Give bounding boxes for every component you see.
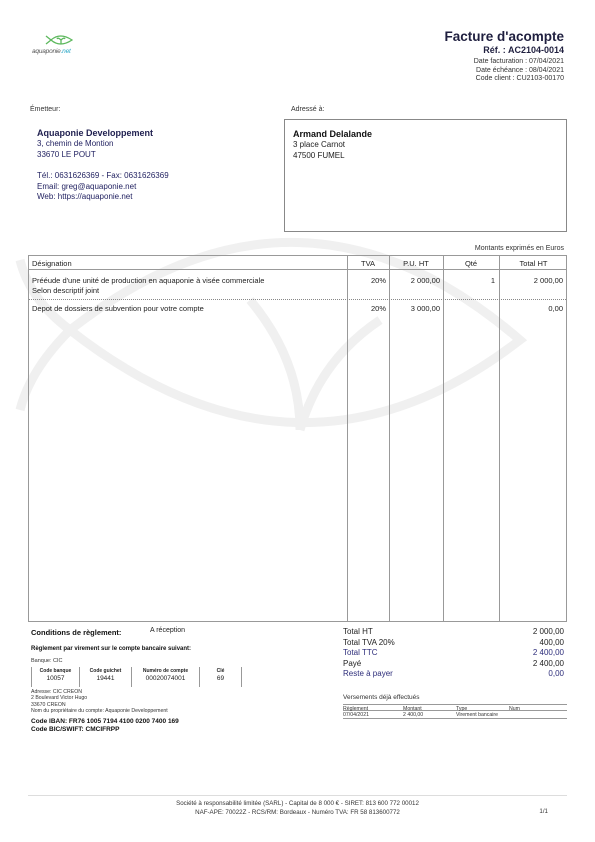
paid-row: Payé2 400,00: [343, 659, 564, 670]
item-tva: 20%: [371, 304, 386, 314]
bic: Code BIC/SWIFT: CMCIFRPP: [31, 726, 179, 734]
iban: Code IBAN: FR76 1005 7194 4100 0200 7400…: [31, 718, 179, 726]
totals-block: Total HT2 000,00 Total TVA 20%400,00 Tot…: [343, 627, 564, 680]
item-designation: Prééude d'une unité de production en aqu…: [32, 276, 264, 286]
item-designation: Depot de dossiers de subvention pour vot…: [32, 304, 204, 314]
col-pu-ht: P.U. HT: [389, 259, 443, 268]
due-date: Date échéance : 08/04/2021: [445, 67, 565, 76]
payment-row: 07/04/2021 2 400,00 Virement bancaire: [343, 711, 567, 719]
col-total-ht: Total HT: [499, 259, 568, 268]
iban-block: Code IBAN: FR76 1005 7194 4100 0200 7400…: [31, 718, 179, 734]
account-number: Numéro de compte00020074001: [131, 667, 199, 687]
payments-done-table: Règlement Montant Type Num 07/04/2021 2 …: [343, 704, 567, 719]
currency-note: Montants exprimés en Euros: [475, 245, 564, 252]
items-table: Désignation TVA P.U. HT Qté Total HT Pré…: [28, 255, 567, 622]
item-total-ht: 0,00: [548, 304, 563, 314]
bank-name: Banque: CIC: [31, 658, 63, 664]
col-tva: TVA: [347, 259, 389, 268]
emitter-address-1: 3, chemin de Montion: [37, 139, 277, 150]
item-total-ht: 2 000,00: [534, 276, 563, 286]
payment-conditions-value: A réception: [150, 627, 185, 634]
item-pu-ht: 2 000,00: [411, 276, 440, 286]
client-code: Code client : CU2103-00170: [445, 75, 565, 84]
footer: Société à responsabilité limitée (SARL) …: [0, 800, 595, 817]
emitter-phone: Tél.: 0631626369 - Fax: 0631626369: [37, 171, 277, 182]
invoice-ref: Réf. : AC2104-0014: [445, 44, 565, 56]
remaining-row: Reste à payer0,00: [343, 669, 564, 680]
recipient-name: Armand Delalande: [293, 129, 372, 140]
logo-wordmark: aquaponie.net: [32, 48, 71, 55]
payments-header: Règlement Montant Type Num: [343, 704, 567, 711]
bank-address: Adresse: CIC CREON 2 Boulevard Victor Hu…: [31, 689, 168, 714]
emitter-web[interactable]: Web: https://aquaponie.net: [37, 192, 277, 203]
fish-sprout-icon: [44, 32, 74, 48]
item-tva: 20%: [371, 276, 386, 286]
emitter-email[interactable]: Email: greg@aquaponie.net: [37, 182, 277, 193]
bank-code: Code banque10057: [31, 667, 79, 687]
total-tva-row: Total TVA 20%400,00: [343, 638, 564, 649]
total-ht-row: Total HT2 000,00: [343, 627, 564, 638]
payments-done-title: Versements déjà effectués: [343, 694, 419, 701]
page-number: 1/1: [539, 808, 548, 815]
company-logo: aquaponie.net: [30, 30, 90, 58]
recipient-label: Adressé à:: [291, 106, 324, 113]
footer-legal-1: Société à responsabilité limitée (SARL) …: [0, 800, 595, 809]
item-designation-detail: Selon descriptif joint: [32, 286, 99, 296]
emitter-address-2: 33670 LE POUT: [37, 150, 277, 161]
item-pu-ht: 3 000,00: [411, 304, 440, 314]
footer-divider: [28, 795, 567, 796]
invoice-title-block: Facture d'acompte Réf. : AC2104-0014 Dat…: [445, 29, 565, 84]
invoice-title: Facture d'acompte: [445, 29, 565, 44]
recipient-box: Armand Delalande 3 place Carnot 47500 FU…: [284, 119, 567, 232]
recipient-address-2: 47500 FUMEL: [293, 151, 372, 162]
footer-legal-2: NAF-APE: 70022Z - RCS/RM: Bordeaux - Num…: [0, 809, 595, 818]
bank-transfer-title: Règlement par virement sur le compte ban…: [31, 646, 191, 652]
emitter-name: Aquaponie Developpement: [37, 128, 277, 139]
branch-code: Code guichet19441: [79, 667, 131, 687]
rib-key: Clé69: [199, 667, 241, 687]
emitter-block: Aquaponie Developpement 3, chemin de Mon…: [37, 128, 277, 203]
table-header: Désignation TVA P.U. HT Qté Total HT: [29, 256, 566, 270]
invoice-date: Date facturation : 07/04/2021: [445, 58, 565, 67]
recipient-address-1: 3 place Carnot: [293, 140, 372, 151]
payment-conditions-label: Conditions de règlement:: [31, 628, 121, 637]
emitter-label: Émetteur:: [30, 106, 60, 113]
col-designation: Désignation: [32, 259, 72, 268]
total-ttc-row: Total TTC2 400,00: [343, 648, 564, 659]
col-qte: Qté: [443, 259, 499, 268]
item-qte: 1: [491, 276, 495, 286]
